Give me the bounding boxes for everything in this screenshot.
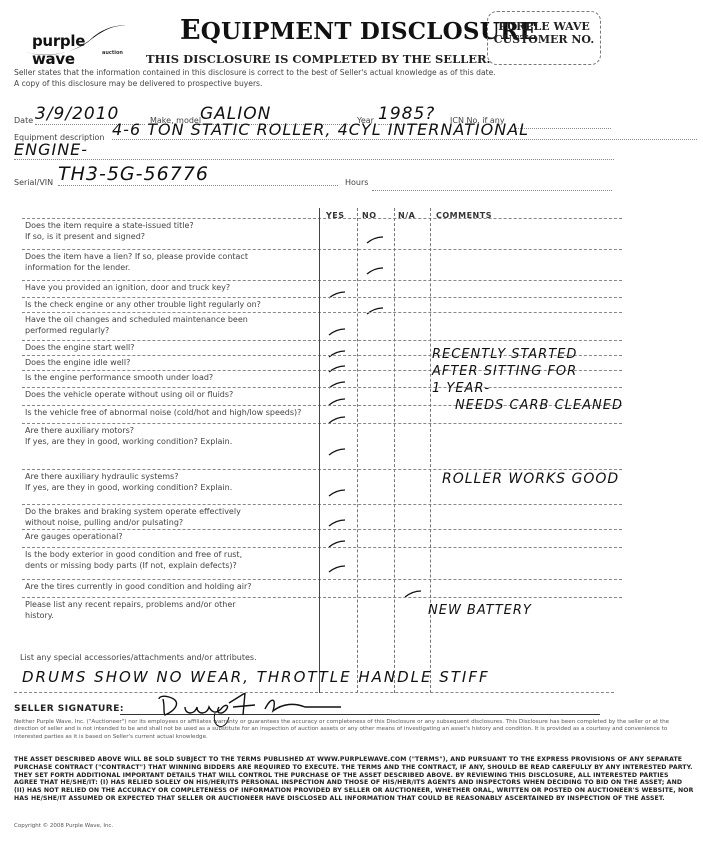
logo-subtext: auction <box>102 50 123 56</box>
row-divider <box>22 504 622 505</box>
equipment-description-field[interactable]: 4-6 TON STATIC ROLLER, 4CYL INTERNATIONA… <box>112 120 697 140</box>
row-divider <box>22 423 622 424</box>
question-text: Are gauges operational? <box>25 531 325 542</box>
checkmark-icon[interactable] <box>328 441 346 449</box>
question-text: Does the vehicle operate without using o… <box>25 389 325 400</box>
question-text: Are the tires currently in good conditio… <box>25 581 325 592</box>
question-text: Is the engine performance smooth under l… <box>25 372 325 383</box>
question-text: Please list any recent repairs, problems… <box>25 599 325 621</box>
hours-field[interactable] <box>372 180 612 191</box>
terms-text: THE ASSET DESCRIBED ABOVE WILL BE SOLD S… <box>14 756 694 803</box>
checkmark-icon[interactable] <box>328 482 346 490</box>
checkmark-icon[interactable] <box>366 229 384 237</box>
checkmark-icon[interactable] <box>404 583 422 591</box>
checkmark-icon[interactable] <box>328 343 346 351</box>
accessories-field[interactable]: DRUMS SHOW NO WEAR, THROTTLE HANDLE STIF… <box>22 668 490 686</box>
row-divider <box>22 249 622 250</box>
page-subtitle: THIS DISCLOSURE IS COMPLETED BY THE SELL… <box>146 52 491 66</box>
checkmark-icon[interactable] <box>328 284 346 292</box>
column-divider <box>357 208 358 693</box>
row-divider <box>22 340 622 341</box>
row-divider <box>22 529 622 530</box>
serial-vin-label: Serial/VIN <box>14 178 53 187</box>
customer-box-line1: PURPLE WAVE <box>488 20 600 33</box>
question-text: Is the check engine or any other trouble… <box>25 299 325 310</box>
question-text: Have you provided an ignition, door and … <box>25 282 325 293</box>
intro-statement: Seller states that the information conta… <box>14 67 694 89</box>
question-text: Are there auxiliary hydraulic systems? I… <box>25 471 325 493</box>
row-divider <box>22 312 622 313</box>
checkmark-icon[interactable] <box>366 300 384 308</box>
checkmark-icon[interactable] <box>328 391 346 399</box>
column-divider <box>394 208 395 693</box>
comment-engine-line2: AFTER SITTING FOR <box>432 364 577 379</box>
question-text: Does the item have a lien? If so, please… <box>25 251 325 273</box>
question-text: Is the vehicle free of abnormal noise (c… <box>25 407 325 418</box>
date-label: Date <box>14 116 33 125</box>
question-text: Is the body exterior in good condition a… <box>25 549 325 571</box>
row-divider <box>22 469 622 470</box>
checkmark-icon[interactable] <box>328 374 346 382</box>
checkmark-icon[interactable] <box>328 512 346 520</box>
row-divider <box>22 597 622 598</box>
column-divider <box>430 208 431 693</box>
checkmark-icon[interactable] <box>328 409 346 417</box>
checkmark-icon[interactable] <box>328 321 346 329</box>
disclaimer-text: Neither Purple Wave, Inc. ("Auctioneer")… <box>14 719 694 741</box>
row-divider <box>22 297 622 298</box>
page-title: EQUIPMENT DISCLOSURE <box>180 15 537 46</box>
column-divider <box>319 208 320 693</box>
equipment-description-field-line2[interactable]: ENGINE- <box>14 140 614 160</box>
hours-label: Hours <box>345 178 368 187</box>
comment-repairs: NEW BATTERY <box>428 603 532 618</box>
purple-wave-logo: purple wave auction <box>22 18 132 58</box>
copyright-text: Copyright © 2008 Purple Wave, Inc. <box>14 823 113 829</box>
question-text: Have the oil changes and scheduled maint… <box>25 314 325 336</box>
comment-engine-line4: NEEDS CARB CLEANED <box>455 398 623 413</box>
row-divider <box>22 547 622 548</box>
question-text: Are there auxiliary motors? If yes, are … <box>25 425 325 447</box>
comment-hydraulic: ROLLER WORKS GOOD <box>442 471 619 487</box>
row-divider <box>22 218 622 219</box>
comment-engine-line1: RECENTLY STARTED <box>432 347 577 362</box>
customer-box-line2: CUSTOMER NO. <box>488 33 600 46</box>
row-divider <box>22 280 622 281</box>
row-divider <box>22 579 622 580</box>
checkmark-icon[interactable] <box>328 558 346 566</box>
question-text: Do the brakes and braking system operate… <box>25 506 325 528</box>
serial-vin-field[interactable]: TH3-5G-56776 <box>58 163 338 186</box>
question-text: Does the item require a state-issued tit… <box>25 220 325 242</box>
checkmark-icon[interactable] <box>366 260 384 268</box>
seller-signature-label: SELLER SIGNATURE: <box>14 704 124 714</box>
question-text: Does the engine start well? <box>25 342 325 353</box>
checkmark-icon[interactable] <box>328 533 346 541</box>
checkmark-icon[interactable] <box>328 358 346 366</box>
question-text: Does the engine idle well? <box>25 357 325 368</box>
comment-engine-line3: 1 YEAR- <box>432 381 490 396</box>
accessories-label: List any special accessories/attachments… <box>20 653 257 662</box>
customer-number-box[interactable]: PURPLE WAVE CUSTOMER NO. <box>487 11 601 65</box>
row-divider <box>22 387 622 388</box>
